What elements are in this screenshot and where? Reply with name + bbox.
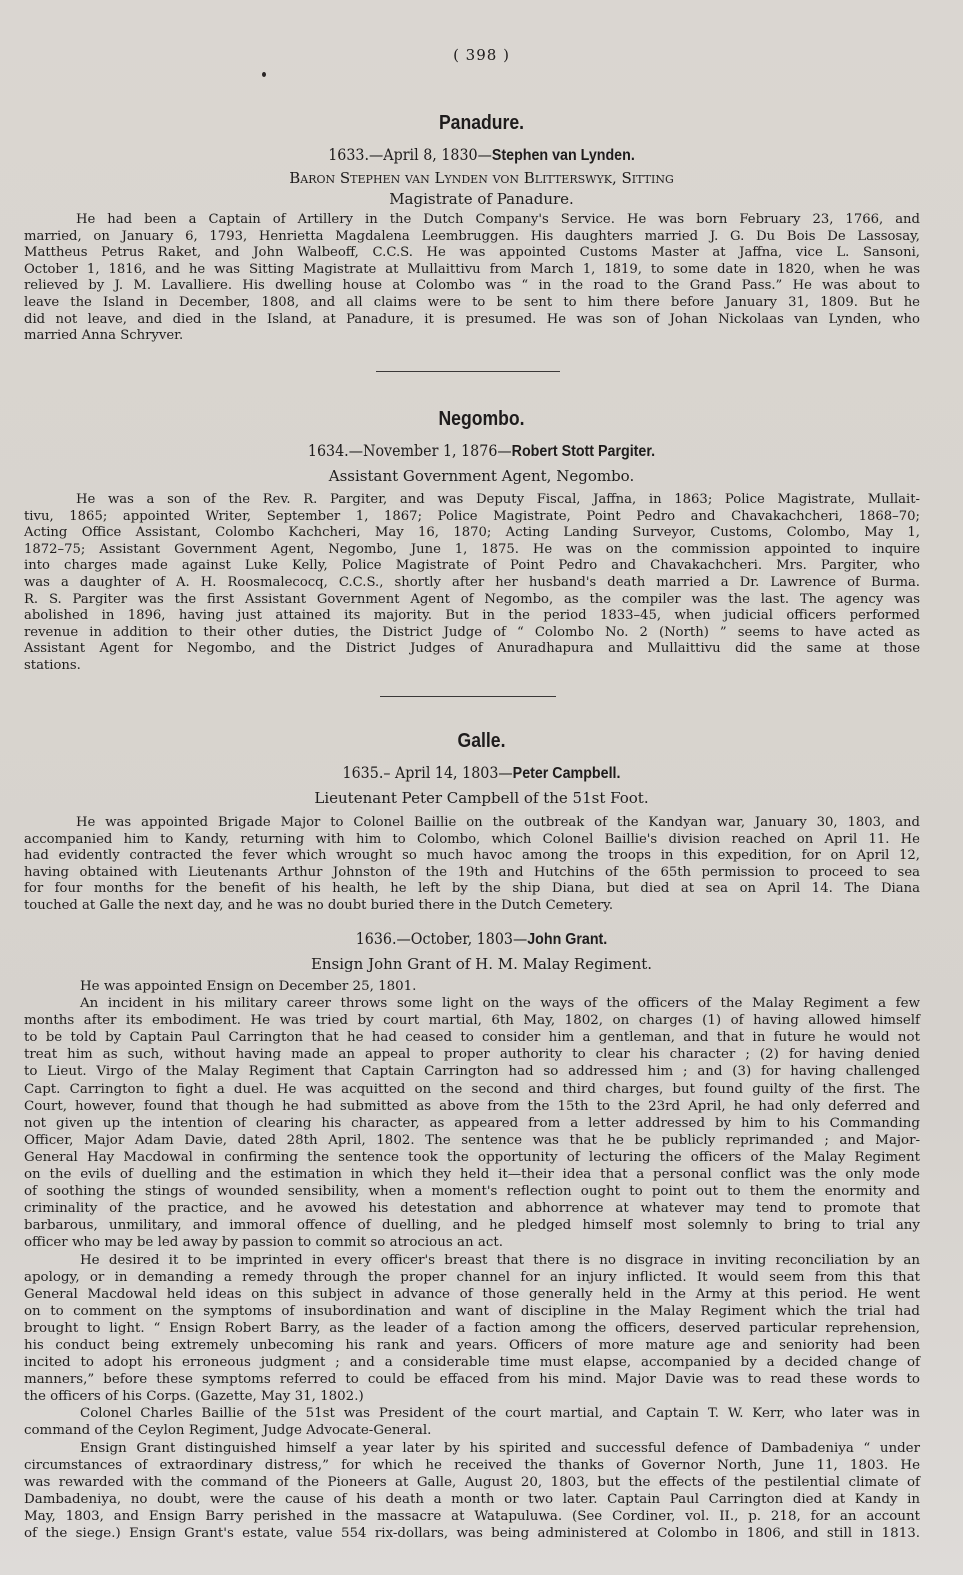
entry-number-date: 1636.—October, 1803— (356, 930, 528, 948)
section-divider (376, 371, 560, 372)
entry-body: He had been a Captain of Artillery in th… (24, 212, 920, 345)
body-line: officer who may be led away by passion t… (24, 1234, 920, 1251)
body-line: was rewarded with the command of the Pio… (24, 1474, 920, 1491)
body-line: incited to adopt his erroneous judgment … (24, 1354, 920, 1371)
body-line: abolished in 1896, having just attained … (24, 608, 920, 625)
body-line: married Anna Schryver. (24, 328, 920, 345)
body-line: revenue in addition to their other dutie… (24, 625, 920, 642)
entry-person-name: Robert Stott Pargiter. (512, 443, 655, 460)
body-line: circumstances of extraordinary distress,… (24, 1457, 920, 1474)
body-line: for four months for the benefit of his h… (24, 881, 920, 898)
body-line: criminality of the practice, and he avow… (24, 1200, 920, 1217)
body-line: to Lieut. Virgo of the Malay Regiment th… (24, 1063, 920, 1080)
body-line: the officers of his Corps. (Gazette, May… (24, 1388, 920, 1405)
section-title-panadure: Panadure. (58, 112, 905, 135)
body-line: 1872–75; Assistant Government Agent, Neg… (24, 542, 920, 559)
body-line: General Hay Macdowal in confirming the s… (24, 1149, 920, 1166)
body-line: October 1, 1816, and he was Sitting Magi… (24, 262, 920, 279)
entry-heading-1633: 1633.—April 8, 1830—Stephen van Lynden. (39, 146, 925, 165)
body-line: tivu, 1865; appointed Writer, September … (24, 509, 920, 526)
body-line: relieved by J. M. Lavalliere. His dwelli… (24, 278, 920, 295)
body-line: brought to light. “ Ensign Robert Barry,… (24, 1320, 920, 1337)
entry-subtitle: Ensign John Grant of H. M. Malay Regimen… (0, 955, 963, 973)
entry-body: He was appointed Ensign on December 25, … (24, 978, 920, 1542)
body-line: accompanied him to Kandy, returning with… (24, 832, 920, 849)
entry-person-name: John Grant. (527, 931, 607, 948)
section-title-negombo: Negombo. (58, 408, 905, 431)
body-line: having obtained with Lieutenants Arthur … (24, 865, 920, 882)
body-line: Capt. Carrington to fight a duel. He was… (24, 1081, 920, 1098)
body-line: Dambadeniya, no doubt, were the cause of… (24, 1491, 920, 1508)
entry-subtitle: Assistant Government Agent, Negombo. (0, 467, 963, 485)
body-line: not given up the intention of clearing h… (24, 1115, 920, 1132)
body-line: leave the Island in December, 1808, and … (24, 295, 920, 312)
document-page: ( 398 ) Panadure. 1633.—April 8, 1830—St… (0, 0, 963, 1575)
body-line: He was appointed Ensign on December 25, … (24, 978, 920, 995)
body-line: of the siege.) Ensign Grant's estate, va… (24, 1525, 920, 1542)
body-line: barbarous, unmilitary, and immoral offen… (24, 1217, 920, 1234)
section-title-galle: Galle. (58, 730, 905, 753)
body-line: into charges made against Luke Kelly, Po… (24, 558, 920, 575)
entry-body: He was appointed Brigade Major to Colone… (24, 815, 920, 915)
body-line: He was a son of the Rev. R. Pargiter, an… (24, 492, 920, 509)
entry-heading-1635: 1635.– April 14, 1803—Peter Campbell. (39, 764, 925, 783)
body-line: Court, however, found that though he had… (24, 1098, 920, 1115)
body-line: of soothing the stings of wounded sensib… (24, 1183, 920, 1200)
body-line: had evidently contracted the fever which… (24, 848, 920, 865)
page-number: ( 398 ) (0, 46, 963, 64)
body-line: stations. (24, 658, 920, 675)
body-line: on the evils of duelling and the estimat… (24, 1166, 920, 1183)
body-line: Acting Office Assistant, Colombo Kachche… (24, 525, 920, 542)
body-line: treat him as such, without having made a… (24, 1046, 920, 1063)
body-line: touched at Galle the next day, and he wa… (24, 898, 920, 915)
body-line: He was appointed Brigade Major to Colone… (24, 815, 920, 832)
entry-number-date: 1633.—April 8, 1830— (328, 146, 492, 164)
body-line: Officer, Major Adam Davie, dated 28th Ap… (24, 1132, 920, 1149)
body-line: Colonel Charles Baillie of the 51st was … (24, 1405, 920, 1422)
entry-subtitle: Baron Stephen van Lynden von Blitterswyk… (0, 169, 963, 187)
body-line: was a daughter of A. H. Roosmalecocq, C.… (24, 575, 920, 592)
entry-subtitle-text: Lieutenant Peter Campbell of the 51st Fo… (314, 789, 648, 807)
ink-speck (262, 72, 266, 77)
body-line: Assistant Agent for Negombo, and the Dis… (24, 641, 920, 658)
entry-number-date: 1634.—November 1, 1876— (308, 442, 512, 460)
body-line: He had been a Captain of Artillery in th… (24, 212, 920, 229)
entry-heading-1634: 1634.—November 1, 1876—Robert Stott Parg… (39, 442, 925, 461)
body-line: Ensign Grant distinguished himself a yea… (24, 1440, 920, 1457)
body-line: apology, or in demanding a remedy throug… (24, 1269, 920, 1286)
entry-number-date: 1635.– April 14, 1803— (343, 764, 513, 782)
entry-body: He was a son of the Rev. R. Pargiter, an… (24, 492, 920, 675)
body-line: command of the Ceylon Regiment, Judge Ad… (24, 1422, 920, 1439)
entry-person-name: Stephen van Lynden. (492, 147, 635, 164)
entry-subtitle: Lieutenant Peter Campbell of the 51st Fo… (0, 789, 963, 807)
body-line: R. S. Pargiter was the first Assistant G… (24, 592, 920, 609)
entry-person-name: Peter Campbell. (513, 765, 621, 782)
body-line: He desired it to be imprinted in every o… (24, 1252, 920, 1269)
entry-heading-1636: 1636.—October, 1803—John Grant. (39, 930, 925, 949)
body-line: did not leave, and died in the Island, a… (24, 312, 920, 329)
body-line: on to comment on the symptoms of insubor… (24, 1303, 920, 1320)
body-line: his conduct being extremely unbecoming h… (24, 1337, 920, 1354)
body-line: to be told by Captain Paul Carrington th… (24, 1029, 920, 1046)
entry-subtitle: Magistrate of Panadure. (0, 190, 963, 208)
body-line: General Macdowal held ideas on this subj… (24, 1286, 920, 1303)
body-line: An incident in his military career throw… (24, 995, 920, 1012)
body-line: manners,” before these symptoms referred… (24, 1371, 920, 1388)
body-line: May, 1803, and Ensign Barry perished in … (24, 1508, 920, 1525)
body-line: married, on January 6, 1793, Henrietta M… (24, 229, 920, 246)
section-divider (380, 696, 556, 697)
body-line: Mattheus Petrus Raket, and John Walbeoff… (24, 245, 920, 262)
body-line: months after its embodiment. He was trie… (24, 1012, 920, 1029)
